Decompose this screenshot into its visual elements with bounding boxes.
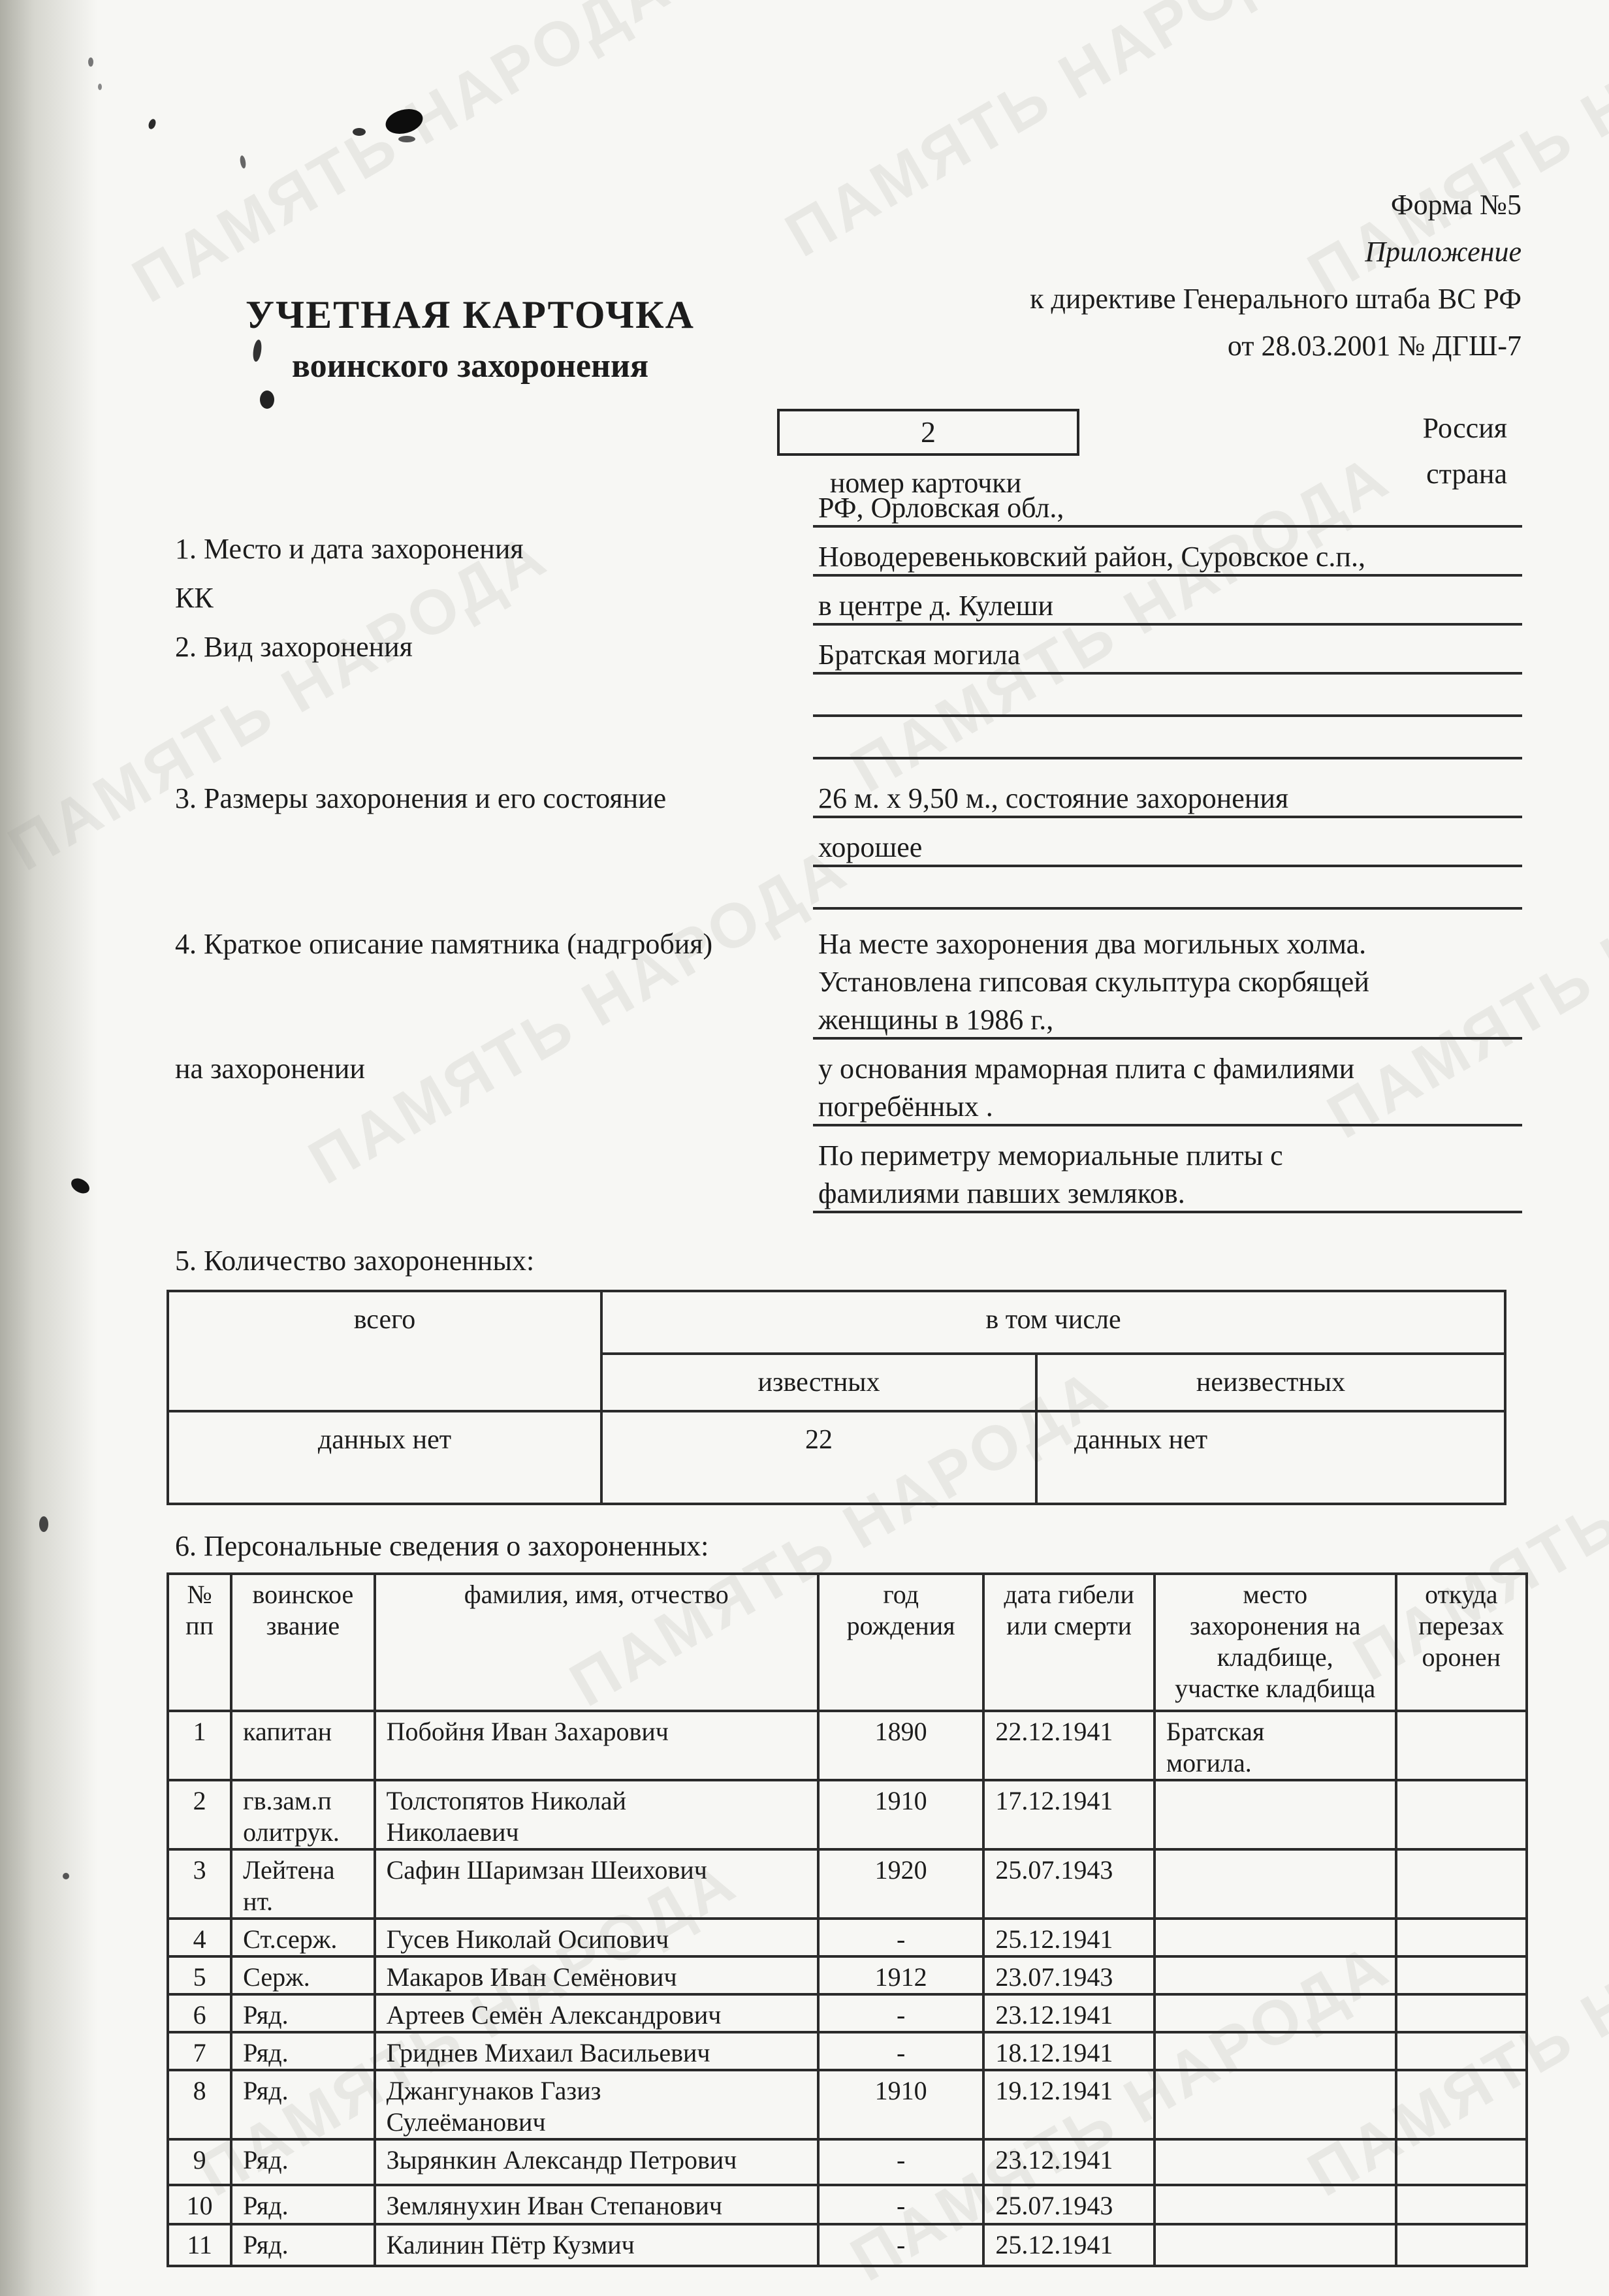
cell-name: Артеев Семён Александрович: [375, 1994, 818, 2032]
personal-table: № пп воинское звание фамилия, имя, отчес…: [167, 1572, 1528, 2267]
cell-rank: Ряд.: [231, 2070, 374, 2139]
cell-from: [1396, 2070, 1527, 2139]
cell-death: 19.12.1941: [983, 2070, 1155, 2139]
cell-death: 22.12.1941: [983, 1711, 1155, 1780]
scan-speck: [398, 136, 415, 142]
cell-name: Гриднев Михаил Васильевич: [375, 2032, 818, 2070]
field-value-line: фамилиями павших земляков.: [813, 1177, 1522, 1213]
cell-place: [1155, 2139, 1396, 2185]
col-header-unknown: неизвестных: [1036, 1354, 1505, 1411]
cell-place: [1155, 2032, 1396, 2070]
cell-name: Макаров Иван Семёнович: [375, 1956, 818, 1994]
cell-place: [1155, 1956, 1396, 1994]
cell-place: [1155, 1780, 1396, 1849]
cell-num: 9: [168, 2139, 231, 2185]
cell-from: [1396, 1780, 1527, 1849]
cell-birth: 1910: [818, 1780, 983, 1849]
scan-speck: [39, 1516, 48, 1532]
col-header-including: в том числе: [601, 1291, 1505, 1354]
col-header-total: всего: [168, 1291, 601, 1411]
cell-birth: -: [818, 2224, 983, 2266]
cell-name: Толстопятов Николай Николаевич: [375, 1780, 818, 1849]
cell-rank: Ряд.: [231, 2139, 374, 2185]
cell-death: 25.12.1941: [983, 2224, 1155, 2266]
field-value-line: Новодеревеньковский район, Суровское с.п…: [813, 540, 1522, 577]
cell-rank: Ряд.: [231, 1994, 374, 2032]
cell-from: [1396, 1919, 1527, 1956]
field-label: на захоронении: [175, 1052, 365, 1085]
field-value-line: в центре д. Кулеши: [813, 589, 1522, 626]
cell-num: 6: [168, 1994, 231, 2032]
cell-num: 3: [168, 1849, 231, 1919]
cell-death: 25.07.1943: [983, 2185, 1155, 2224]
cell-name: Гусев Николай Осипович: [375, 1919, 818, 1956]
field-label: 3. Размеры захоронения и его состояние: [175, 782, 666, 815]
cell-birth: -: [818, 1994, 983, 2032]
cell-from: [1396, 1849, 1527, 1919]
table-row: 1капитанПобойня Иван Захарович189022.12.…: [168, 1711, 1527, 1780]
scan-speck: [88, 57, 93, 67]
col-header-known: известных: [601, 1354, 1036, 1411]
cell-from: [1396, 2224, 1527, 2266]
cell-birth: 1910: [818, 2070, 983, 2139]
cell-birth: 1920: [818, 1849, 983, 1919]
field-value-line: На месте захоронения два могильных холма…: [813, 927, 1522, 964]
cell-rank: Ряд.: [231, 2224, 374, 2266]
title-line1: УЧЕТНАЯ КАРТОЧКА: [215, 293, 725, 338]
cell-num: 1: [168, 1711, 231, 1780]
field-label: 2. Вид захоронения: [175, 630, 413, 663]
field-value-line: Братская могила: [813, 638, 1522, 675]
cell-death: 23.12.1941: [983, 2139, 1155, 2185]
scan-speck: [260, 391, 274, 409]
scan-speck: [239, 155, 246, 168]
field-label: 1. Место и дата захоронения: [175, 532, 524, 566]
blank-line: [813, 873, 1522, 910]
cell-name: Зырянкин Александр Петрович: [375, 2139, 818, 2185]
cell-death: 18.12.1941: [983, 2032, 1155, 2070]
cell-place: [1155, 2070, 1396, 2139]
cell-name: Землянухин Иван Степанович: [375, 2185, 818, 2224]
cell-rank: Ст.серж.: [231, 1919, 374, 1956]
table-row: 3Лейтена нт.Сафин Шаримзан Шеихович19202…: [168, 1849, 1527, 1919]
table-row: 11Ряд.Калинин Пётр Кузмич-25.12.1941: [168, 2224, 1527, 2266]
col-header-name: фамилия, имя, отчество: [375, 1574, 818, 1711]
count-header-row: всего в том числе: [168, 1291, 1505, 1354]
cell-from: [1396, 2139, 1527, 2185]
table-row: 5Серж.Макаров Иван Семёнович191223.07.19…: [168, 1956, 1527, 1994]
field-label: 4. Краткое описание памятника (надгробия…: [175, 927, 712, 961]
cell-death: 23.12.1941: [983, 1994, 1155, 2032]
cell-rank: Ряд.: [231, 2185, 374, 2224]
scan-speck: [383, 105, 425, 138]
cell-name: Побойня Иван Захарович: [375, 1711, 818, 1780]
scan-speck: [98, 84, 102, 90]
cell-place: Братская могила.: [1155, 1711, 1396, 1780]
col-header-birth: год рождения: [818, 1574, 983, 1711]
cell-name: Сафин Шаримзан Шеихович: [375, 1849, 818, 1919]
table-row: 9Ряд.Зырянкин Александр Петрович-23.12.1…: [168, 2139, 1527, 2185]
known-value: 22: [601, 1411, 1036, 1504]
cell-birth: -: [818, 2185, 983, 2224]
burial-count-table: всего в том числе известных неизвестных …: [167, 1290, 1506, 1505]
cell-death: 23.07.1943: [983, 1956, 1155, 1994]
table-row: 7Ряд.Гриднев Михаил Васильевич-18.12.194…: [168, 2032, 1527, 2070]
table-row: 10Ряд.Землянухин Иван Степанович-25.07.1…: [168, 2185, 1527, 2224]
scan-speck: [63, 1873, 69, 1879]
cell-rank: Серж.: [231, 1956, 374, 1994]
cell-from: [1396, 1711, 1527, 1780]
field-values-column: РФ, Орловская обл.,Новодеревеньковский р…: [813, 0, 1522, 1306]
personal-header-row: № пп воинское звание фамилия, имя, отчес…: [168, 1574, 1527, 1711]
cell-from: [1396, 1994, 1527, 2032]
cell-place: [1155, 2224, 1396, 2266]
field-label: КК: [175, 581, 214, 614]
cell-place: [1155, 1849, 1396, 1919]
cell-death: 17.12.1941: [983, 1780, 1155, 1849]
field-value-line: РФ, Орловская обл.,: [813, 491, 1522, 528]
field-value-line: хорошее: [813, 831, 1522, 867]
cell-num: 10: [168, 2185, 231, 2224]
table-row: 6Ряд.Артеев Семён Александрович-23.12.19…: [168, 1994, 1527, 2032]
cell-from: [1396, 2185, 1527, 2224]
cell-birth: 1890: [818, 1711, 983, 1780]
field-value-line: женщины в 1986 г.,: [813, 1003, 1522, 1040]
cell-num: 2: [168, 1780, 231, 1849]
cell-birth: 1912: [818, 1956, 983, 1994]
cell-num: 5: [168, 1956, 231, 1994]
cell-rank: гв.зам.п олитрук.: [231, 1780, 374, 1849]
section5-label: 5. Количество захороненных:: [175, 1244, 534, 1277]
table-row: 4Ст.серж.Гусев Николай Осипович-25.12.19…: [168, 1919, 1527, 1956]
cell-rank: Ряд.: [231, 2032, 374, 2070]
col-header-num: № пп: [168, 1574, 231, 1711]
cell-death: 25.07.1943: [983, 1849, 1155, 1919]
col-header-from: откуда перезах оронен: [1396, 1574, 1527, 1711]
cell-num: 8: [168, 2070, 231, 2139]
field-value-line: Установлена гипсовая скульптура скорбяще…: [813, 965, 1522, 1002]
scan-speck: [353, 128, 366, 136]
cell-name: Джангунаков Газиз Сулеёманович: [375, 2070, 818, 2139]
cell-birth: -: [818, 2139, 983, 2185]
page-title: УЧЕТНАЯ КАРТОЧКА воинского захоронения: [215, 293, 725, 385]
cell-birth: -: [818, 1919, 983, 1956]
field-value-line: погребённых .: [813, 1090, 1522, 1126]
unknown-value: данных нет: [1036, 1411, 1505, 1504]
blank-line: [813, 680, 1522, 717]
watermark: ПАМЯТЬ НАРОДА: [121, 0, 684, 317]
count-data-row: данных нет 22 данных нет: [168, 1411, 1505, 1504]
cell-rank: капитан: [231, 1711, 374, 1780]
scan-edge-shadow: [0, 0, 98, 2296]
section6-label: 6. Персональные сведения о захороненных:: [175, 1529, 709, 1563]
watermark: ПАМЯТЬ НАРОДА: [297, 832, 860, 1198]
total-value: данных нет: [168, 1411, 601, 1504]
field-value-line: у основания мраморная плита с фамилиями: [813, 1052, 1522, 1089]
cell-birth: -: [818, 2032, 983, 2070]
cell-rank: Лейтена нт.: [231, 1849, 374, 1919]
cell-name: Калинин Пётр Кузмич: [375, 2224, 818, 2266]
document-page: ПАМЯТЬ НАРОДА ПАМЯТЬ НАРОДА ПАМЯТЬ НАРОД…: [0, 0, 1609, 2296]
cell-death: 25.12.1941: [983, 1919, 1155, 1956]
field-value-line: 26 м. х 9,50 м., состояние захоронения: [813, 782, 1522, 818]
cell-num: 11: [168, 2224, 231, 2266]
cell-from: [1396, 2032, 1527, 2070]
title-line2: воинского захоронения: [215, 347, 725, 385]
cell-place: [1155, 2185, 1396, 2224]
scan-speck: [148, 118, 157, 130]
field-value-line: По периметру мемориальные плиты с: [813, 1139, 1522, 1175]
table-row: 2гв.зам.п олитрук.Толстопятов Николай Ни…: [168, 1780, 1527, 1849]
col-header-death: дата гибели или смерти: [983, 1574, 1155, 1711]
col-header-rank: воинское звание: [231, 1574, 374, 1711]
cell-place: [1155, 1919, 1396, 1956]
cell-num: 4: [168, 1919, 231, 1956]
blank-line: [813, 723, 1522, 759]
col-header-place: место захоронения на кладбище, участке к…: [1155, 1574, 1396, 1711]
cell-place: [1155, 1994, 1396, 2032]
cell-from: [1396, 1956, 1527, 1994]
cell-num: 7: [168, 2032, 231, 2070]
table-row: 8Ряд.Джангунаков Газиз Сулеёманович19101…: [168, 2070, 1527, 2139]
